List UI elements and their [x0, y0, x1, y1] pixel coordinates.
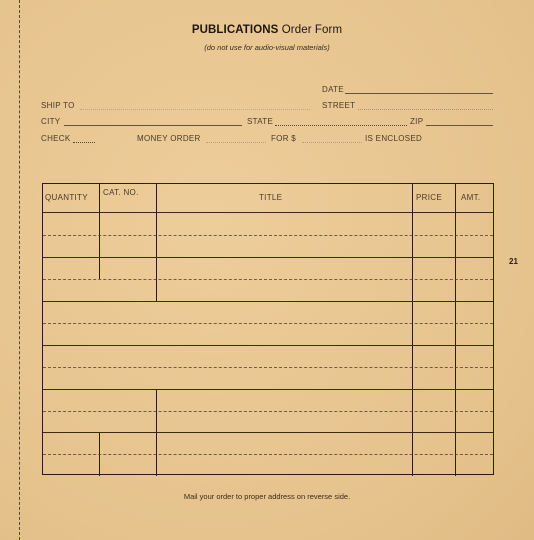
- city-label: CITY: [41, 117, 60, 126]
- page-number: 21: [509, 257, 518, 266]
- state-label: STATE: [247, 117, 273, 126]
- table-row[interactable]: [43, 279, 495, 301]
- title-rest: Order Form: [278, 24, 342, 36]
- table-row[interactable]: [43, 301, 495, 323]
- column-header-amt: AMT.: [461, 193, 480, 202]
- column-header-cat-no: CAT. NO.: [103, 188, 139, 197]
- table-row[interactable]: [43, 257, 495, 279]
- column-header-title: TITLE: [259, 193, 282, 202]
- state-field[interactable]: [275, 125, 407, 126]
- title-bold: PUBLICATIONS: [192, 24, 279, 36]
- table-row[interactable]: [43, 213, 495, 235]
- street-field[interactable]: [358, 109, 493, 110]
- table-row[interactable]: [43, 323, 495, 345]
- table-row[interactable]: [43, 432, 495, 454]
- date-label: DATE: [322, 85, 344, 94]
- for-amount-label: FOR $: [271, 134, 296, 143]
- for-amount-field[interactable]: [302, 142, 362, 143]
- ship-to-label: SHIP TO: [41, 101, 75, 110]
- check-field[interactable]: [73, 142, 95, 143]
- date-field[interactable]: [345, 93, 493, 94]
- column-header-quantity: QUANTITY: [45, 193, 88, 202]
- table-row[interactable]: [43, 454, 495, 475]
- zip-label: ZIP: [410, 117, 423, 126]
- perforation-line: [19, 0, 20, 540]
- zip-field[interactable]: [426, 125, 493, 126]
- money-order-label: MONEY ORDER: [137, 134, 201, 143]
- table-row[interactable]: [43, 411, 495, 432]
- table-row[interactable]: [43, 367, 495, 389]
- table-row[interactable]: [43, 389, 495, 411]
- is-enclosed-label: IS ENCLOSED: [365, 134, 422, 143]
- column-header-price: PRICE: [416, 193, 442, 202]
- money-order-field[interactable]: [206, 142, 266, 143]
- mailing-instructions: Mail your order to proper address on rev…: [0, 492, 534, 501]
- table-row[interactable]: [43, 345, 495, 367]
- form-title: PUBLICATIONS Order Form: [0, 24, 534, 36]
- order-table: QUANTITY CAT. NO. TITLE PRICE AMT.: [42, 183, 494, 475]
- form-subtitle: (do not use for audio-visual materials): [0, 43, 534, 52]
- check-label: CHECK: [41, 134, 71, 143]
- city-field[interactable]: [64, 125, 242, 126]
- street-label: STREET: [322, 101, 355, 110]
- table-row[interactable]: [43, 235, 495, 257]
- ship-to-field[interactable]: [80, 109, 310, 110]
